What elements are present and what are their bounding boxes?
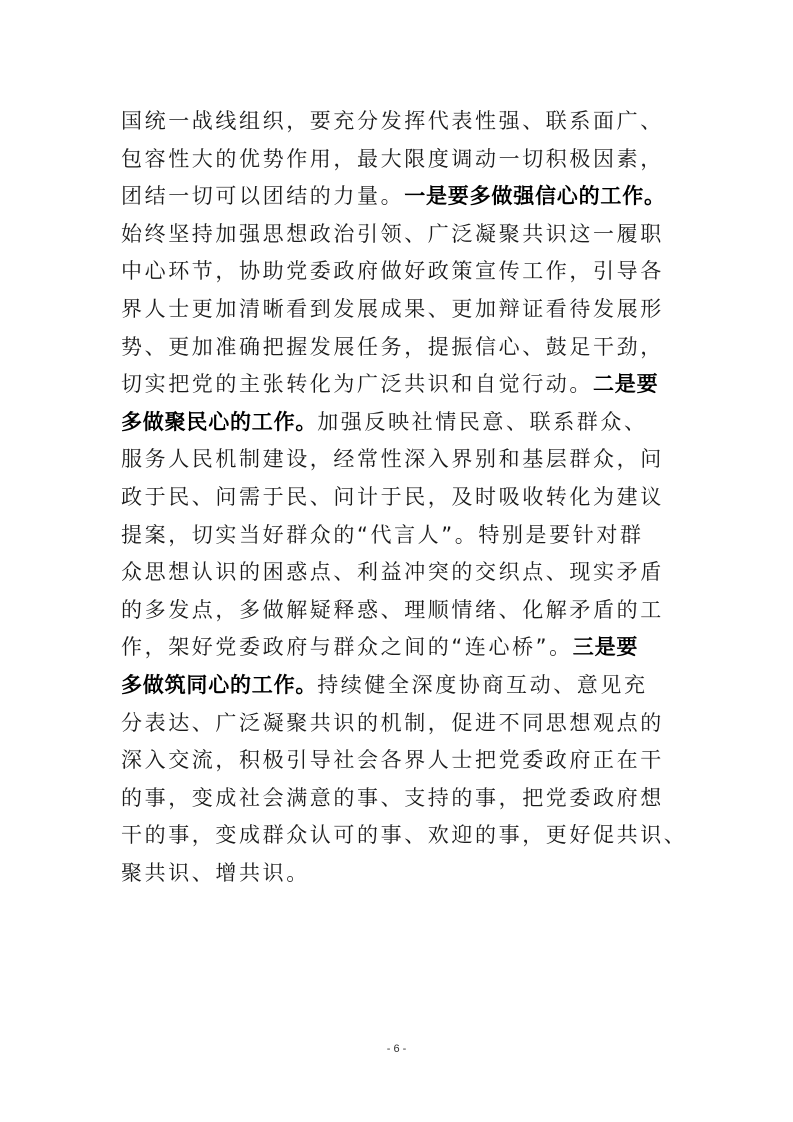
body-text-segment: 国统一战线组织，要充分发挥代表性强、联系面广、 xyxy=(121,109,664,133)
body-text-segment: 的事，变成社会满意的事、支持的事，把党委政府想 xyxy=(121,786,664,810)
body-text-segment: 深入交流，积极引导社会各界人士把党委政府正在干 xyxy=(121,748,664,772)
text-line: 服务人民机制建设，经常性深入界别和基层群众，问 xyxy=(121,441,681,479)
body-text-segment: 始终坚持加强思想政治引领、广泛凝聚共识这一履职 xyxy=(121,222,664,246)
body-text-segment: 持续健全深度协商互动、意见充 xyxy=(317,673,647,697)
text-line: 切实把党的主张转化为广泛共识和自觉行动。二是要 xyxy=(121,366,681,404)
body-text-segment: 团结一切可以团结的力量。 xyxy=(121,184,404,208)
body-text-segment: 提案，切实当好群众的“代言人”。特别是要针对群 xyxy=(121,523,644,547)
bold-heading-text: 多做筑同心的工作。 xyxy=(121,673,317,697)
body-text-segment: 聚共识、增共识。 xyxy=(121,861,310,885)
body-text-segment: 分表达、广泛凝聚共识的机制，促进不同思想观点的 xyxy=(121,711,664,735)
text-line: 政于民、问需于民、问计于民，及时吸收转化为建议 xyxy=(121,479,681,517)
text-line: 界人士更加清晰看到发展成果、更加辩证看待发展形 xyxy=(121,291,681,329)
text-line: 国统一战线组织，要充分发挥代表性强、联系面广、 xyxy=(121,103,681,141)
body-text-segment: 加强反映社情民意、联系群众、 xyxy=(317,410,647,434)
text-line: 聚共识、增共识。 xyxy=(121,855,681,893)
text-line: 众思想认识的困惑点、利益冲突的交织点、现实矛盾 xyxy=(121,554,681,592)
document-page: 国统一战线组织，要充分发挥代表性强、联系面广、包容性大的优势作用，最大限度调动一… xyxy=(0,0,793,1122)
text-line: 多做聚民心的工作。加强反映社情民意、联系群众、 xyxy=(121,404,681,442)
text-line: 深入交流，积极引导社会各界人士把党委政府正在干 xyxy=(121,742,681,780)
body-text-segment: 界人士更加清晰看到发展成果、更加辩证看待发展形 xyxy=(121,297,664,321)
bold-heading-text: 二是要 xyxy=(593,372,658,396)
text-line: 作，架好党委政府与群众之间的“连心桥”。三是要 xyxy=(121,629,681,667)
body-text-segment: 干的事，变成群众认可的事、欢迎的事，更好促共识、 xyxy=(121,823,687,847)
body-text-segment: 众思想认识的困惑点、利益冲突的交织点、现实矛盾 xyxy=(121,560,664,584)
text-line: 的多发点，多做解疑释惑、理顺情绪、化解矛盾的工 xyxy=(121,592,681,630)
body-text-segment: 政于民、问需于民、问计于民，及时吸收转化为建议 xyxy=(121,485,664,509)
text-line: 中心环节，协助党委政府做好政策宣传工作，引导各 xyxy=(121,253,681,291)
text-line: 多做筑同心的工作。持续健全深度协商互动、意见充 xyxy=(121,667,681,705)
text-line: 提案，切实当好群众的“代言人”。特别是要针对群 xyxy=(121,517,681,555)
text-line: 的事，变成社会满意的事、支持的事，把党委政府想 xyxy=(121,780,681,818)
body-text-segment: 势、更加准确把握发展任务，提振信心、鼓足干劲， xyxy=(121,335,664,359)
body-text-segment: 的多发点，多做解疑释惑、理顺情绪、化解矛盾的工 xyxy=(121,598,664,622)
text-line: 分表达、广泛凝聚共识的机制，促进不同思想观点的 xyxy=(121,705,681,743)
text-line: 干的事，变成群众认可的事、欢迎的事，更好促共识、 xyxy=(121,817,681,855)
body-text-segment: 中心环节，协助党委政府做好政策宣传工作，引导各 xyxy=(121,259,664,283)
text-line: 始终坚持加强思想政治引领、广泛凝聚共识这一履职 xyxy=(121,216,681,254)
body-text-segment: 包容性大的优势作用，最大限度调动一切积极因素， xyxy=(121,147,664,171)
body-text-segment: 作，架好党委政府与群众之间的“连心桥”。 xyxy=(121,635,573,659)
text-line: 势、更加准确把握发展任务，提振信心、鼓足干劲， xyxy=(121,329,681,367)
text-line: 团结一切可以团结的力量。一是要多做强信心的工作。 xyxy=(121,178,681,216)
body-text-segment: 切实把党的主张转化为广泛共识和自觉行动。 xyxy=(121,372,593,396)
body-text-segment: 服务人民机制建设，经常性深入界别和基层群众，问 xyxy=(121,447,664,471)
bold-heading-text: 多做聚民心的工作。 xyxy=(121,410,317,434)
page-number: - 6 - xyxy=(0,1043,793,1055)
bold-heading-text: 三是要 xyxy=(573,635,638,659)
bold-heading-text: 一是要多做强信心的工作。 xyxy=(404,184,666,208)
body-paragraph: 国统一战线组织，要充分发挥代表性强、联系面广、包容性大的优势作用，最大限度调动一… xyxy=(121,103,681,892)
text-line: 包容性大的优势作用，最大限度调动一切积极因素， xyxy=(121,141,681,179)
